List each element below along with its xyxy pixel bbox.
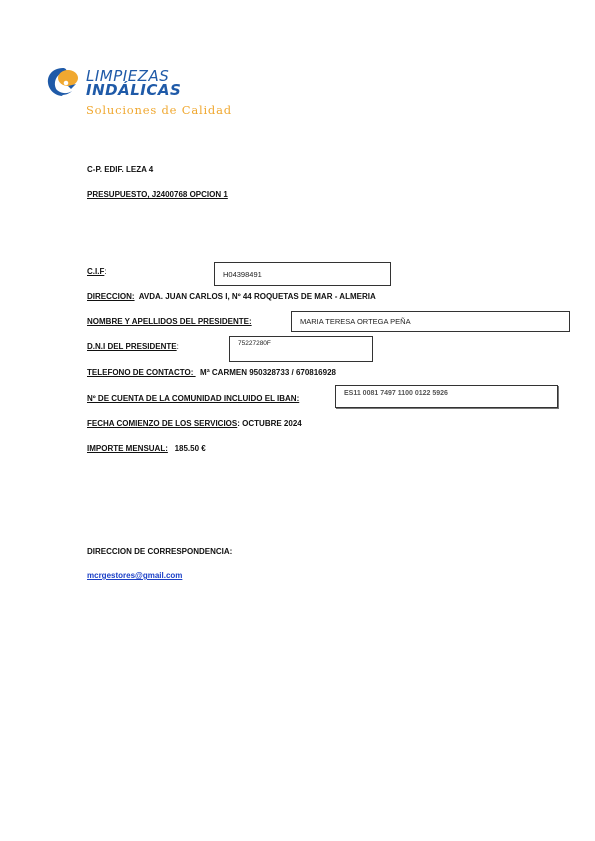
cif-colon: : xyxy=(104,267,106,276)
cif-field[interactable]: H04398491 xyxy=(214,262,391,286)
telefono-row: TELEFONO DE CONTACTO: Mª CARMEN 95032873… xyxy=(87,369,336,377)
fecha-row: FECHA COMIENZO DE LOS SERVICIOS: OCTUBRE… xyxy=(87,420,302,428)
importe-row: IMPORTE MENSUAL: 185.50 € xyxy=(87,445,206,453)
fecha-value: OCTUBRE 2024 xyxy=(242,419,302,428)
direccion-value: AVDA. JUAN CARLOS I, Nº 44 ROQUETAS DE M… xyxy=(139,292,376,301)
logo-text-line2: INDÁLICAS xyxy=(86,83,181,98)
presidente-label: NOMBRE Y APELLIDOS DEL PRESIDENTE: xyxy=(87,318,252,326)
dni-colon: : xyxy=(177,342,179,351)
logo-tagline: Soluciones de Calidad xyxy=(86,103,232,117)
limpiezas-indalicas-logo-icon xyxy=(46,66,80,98)
cuenta-label: Nº DE CUENTA DE LA COMUNIDAD INCLUIDO EL… xyxy=(87,395,299,403)
dni-row: D.N.I DEL PRESIDENTE: xyxy=(87,343,179,351)
dni-field[interactable]: 75227280F xyxy=(229,336,373,362)
document-page: LIMPIEZAS INDÁLICAS Soluciones de Calida… xyxy=(0,0,595,841)
direccion-label: DIRECCION: xyxy=(87,292,135,301)
cif-row: C.I.F: xyxy=(87,268,107,276)
fecha-colon: : xyxy=(237,419,240,428)
importe-value: 185.50 € xyxy=(175,444,206,453)
company-logo: LIMPIEZAS INDÁLICAS Soluciones de Calida… xyxy=(46,66,246,126)
telefono-label: TELEFONO DE CONTACTO: xyxy=(87,368,196,377)
iban-field[interactable]: ES11 0081 7497 1100 0122 5926 xyxy=(335,385,558,408)
telefono-value: Mª CARMEN 950328733 / 670816928 xyxy=(200,368,336,377)
correspondencia-email-link[interactable]: mcrgestores@gmail.com xyxy=(87,572,182,580)
fecha-label: FECHA COMIENZO DE LOS SERVICIOS xyxy=(87,419,237,428)
community-name: C-P. EDIF. LEZA 4 xyxy=(87,166,153,174)
budget-reference: PRESUPUESTO, J2400768 OPCION 1 xyxy=(87,191,228,199)
dni-label: D.N.I DEL PRESIDENTE xyxy=(87,342,177,351)
presidente-field[interactable]: MARIA TERESA ORTEGA PEÑA xyxy=(291,311,570,332)
cif-label: C.I.F xyxy=(87,267,104,276)
importe-label: IMPORTE MENSUAL: xyxy=(87,444,168,453)
direccion-row: DIRECCION: AVDA. JUAN CARLOS I, Nº 44 RO… xyxy=(87,293,376,301)
correspondencia-label: DIRECCION DE CORRESPONDENCIA: xyxy=(87,548,232,556)
